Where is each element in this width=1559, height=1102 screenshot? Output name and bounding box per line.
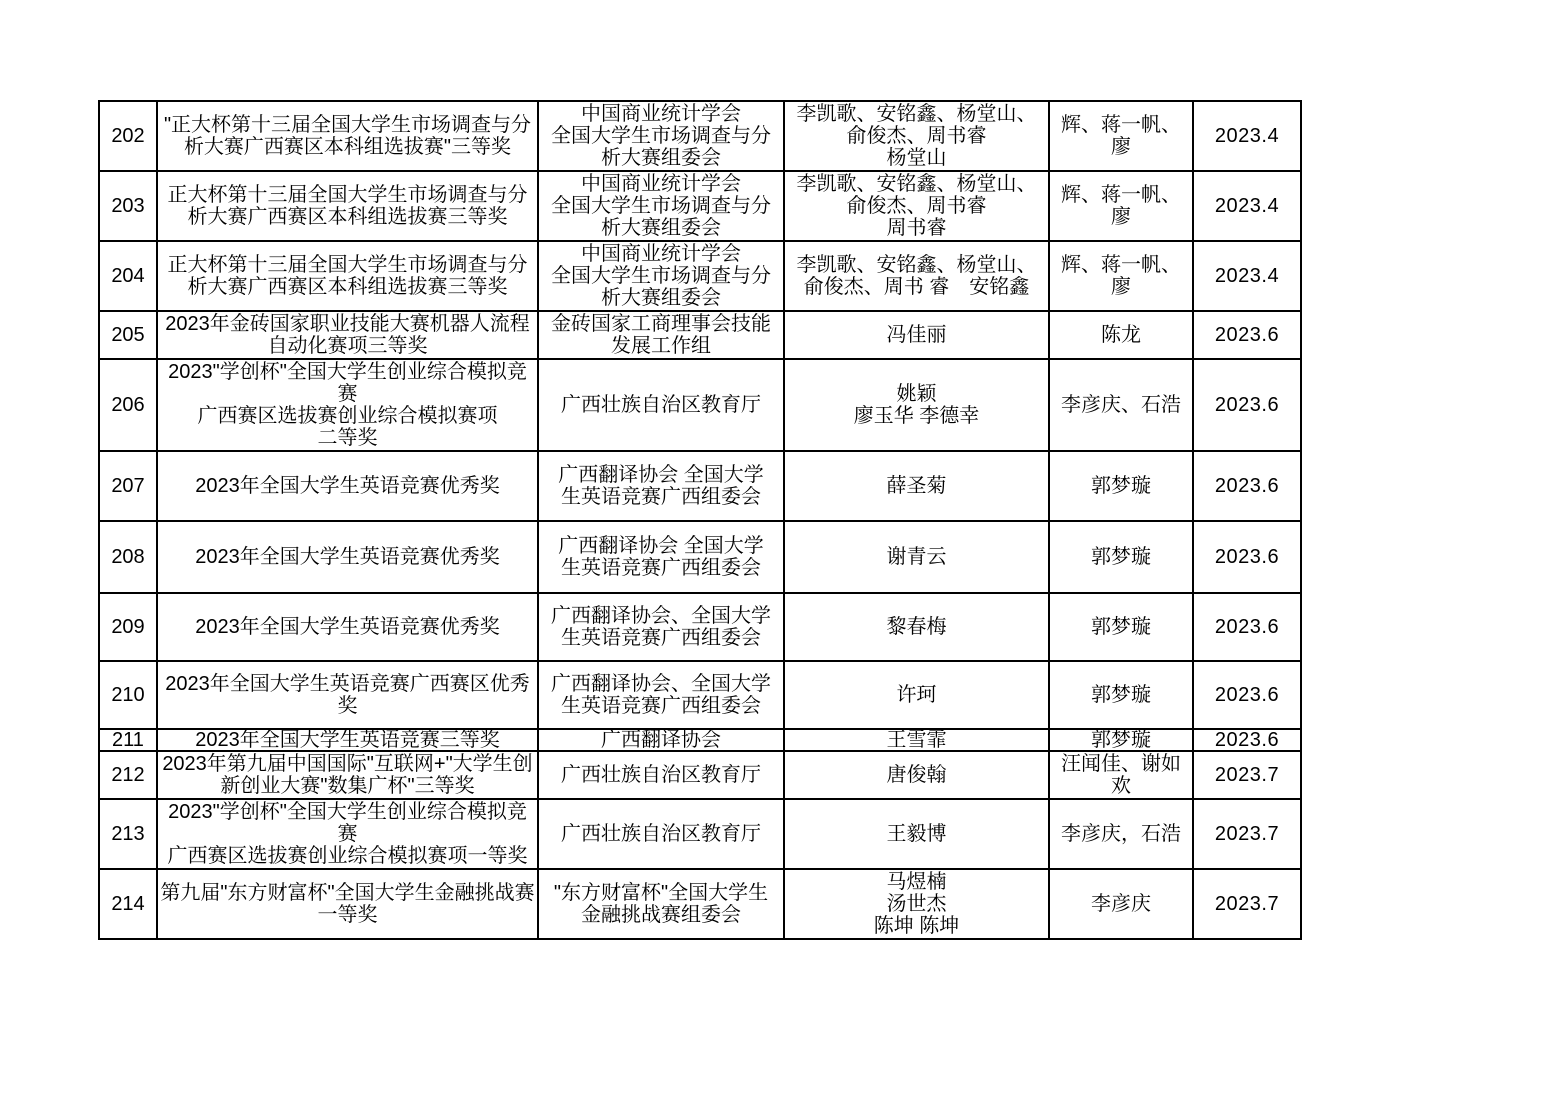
- cell-organizer: 广西翻译协会、全国大学 生英语竞赛广西组委会: [538, 593, 784, 661]
- cell-teachers: 辉、蒋一帆、廖: [1049, 241, 1193, 311]
- cell-row-number: 203: [99, 171, 157, 241]
- cell-date: 2023.6: [1193, 521, 1301, 593]
- cell-students: 许珂: [784, 661, 1049, 729]
- cell-award-name: 2023年全国大学生英语竞赛三等奖: [157, 729, 538, 751]
- table-row: 203 正大杯第十三届全国大学生市场调查与分 析大赛广西赛区本科组选拔赛三等奖 …: [99, 171, 1301, 241]
- table-row: 204 正大杯第十三届全国大学生市场调查与分 析大赛广西赛区本科组选拔赛三等奖 …: [99, 241, 1301, 311]
- cell-teachers: 汪闻佳、谢如欢: [1049, 751, 1193, 799]
- cell-award-name: 2023"学创杯"全国大学生创业综合模拟竞赛 广西赛区选拔赛创业综合模拟赛项一等…: [157, 799, 538, 869]
- cell-organizer: 广西翻译协会: [538, 729, 784, 751]
- cell-row-number: 205: [99, 311, 157, 359]
- cell-organizer: 广西壮族自治区教育厅: [538, 751, 784, 799]
- cell-students: 马煜楠 汤世杰 陈坤 陈坤: [784, 869, 1049, 939]
- cell-students: 唐俊翰: [784, 751, 1049, 799]
- cell-row-number: 206: [99, 359, 157, 451]
- cell-date: 2023.7: [1193, 751, 1301, 799]
- cell-row-number: 207: [99, 451, 157, 521]
- cell-organizer: 广西壮族自治区教育厅: [538, 359, 784, 451]
- cell-teachers: 陈龙: [1049, 311, 1193, 359]
- cell-organizer: 金砖国家工商理事会技能 发展工作组: [538, 311, 784, 359]
- cell-organizer: 广西翻译协会 全国大学 生英语竞赛广西组委会: [538, 451, 784, 521]
- cell-date: 2023.6: [1193, 661, 1301, 729]
- cell-students: 冯佳丽: [784, 311, 1049, 359]
- cell-row-number: 211: [99, 729, 157, 751]
- cell-award-name: 第九届"东方财富杯"全国大学生金融挑战赛 一等奖: [157, 869, 538, 939]
- cell-organizer: 广西翻译协会、全国大学 生英语竞赛广西组委会: [538, 661, 784, 729]
- cell-teachers: 郭梦璇: [1049, 661, 1193, 729]
- cell-award-name: 正大杯第十三届全国大学生市场调查与分 析大赛广西赛区本科组选拔赛三等奖: [157, 171, 538, 241]
- cell-date: 2023.4: [1193, 101, 1301, 171]
- awards-table: 202 "正大杯第十三届全国大学生市场调查与分 析大赛广西赛区本科组选拔赛"三等…: [98, 100, 1302, 940]
- cell-teachers: 郭梦璇: [1049, 521, 1193, 593]
- cell-teachers: 辉、蒋一帆、廖: [1049, 101, 1193, 171]
- cell-teachers: 郭梦璇: [1049, 451, 1193, 521]
- cell-students: 李凯歌、安铭鑫、杨堂山、 俞俊杰、周书睿 杨堂山: [784, 101, 1049, 171]
- cell-award-name: "正大杯第十三届全国大学生市场调查与分 析大赛广西赛区本科组选拔赛"三等奖: [157, 101, 538, 171]
- cell-students: 王雪霏: [784, 729, 1049, 751]
- cell-date: 2023.6: [1193, 729, 1301, 751]
- cell-award-name: 2023年全国大学生英语竞赛优秀奖: [157, 593, 538, 661]
- cell-date: 2023.6: [1193, 451, 1301, 521]
- table-row: 213 2023"学创杯"全国大学生创业综合模拟竞赛 广西赛区选拔赛创业综合模拟…: [99, 799, 1301, 869]
- cell-organizer: 广西壮族自治区教育厅: [538, 799, 784, 869]
- cell-row-number: 209: [99, 593, 157, 661]
- table-row: 205 2023年金砖国家职业技能大赛机器人流程 自动化赛项三等奖 金砖国家工商…: [99, 311, 1301, 359]
- cell-award-name: 2023年第九届中国国际"互联网+"大学生创 新创业大赛"数集广杯"三等奖: [157, 751, 538, 799]
- cell-date: 2023.4: [1193, 241, 1301, 311]
- cell-date: 2023.4: [1193, 171, 1301, 241]
- cell-students: 薛圣菊: [784, 451, 1049, 521]
- table-row: 209 2023年全国大学生英语竞赛优秀奖 广西翻译协会、全国大学 生英语竞赛广…: [99, 593, 1301, 661]
- cell-students: 姚颖 廖玉华 李德幸: [784, 359, 1049, 451]
- cell-date: 2023.7: [1193, 869, 1301, 939]
- cell-award-name: 2023年全国大学生英语竞赛优秀奖: [157, 521, 538, 593]
- cell-students: 谢青云: [784, 521, 1049, 593]
- cell-organizer: "东方财富杯"全国大学生 金融挑战赛组委会: [538, 869, 784, 939]
- table-row: 210 2023年全国大学生英语竞赛广西赛区优秀 奖 广西翻译协会、全国大学 生…: [99, 661, 1301, 729]
- cell-row-number: 202: [99, 101, 157, 171]
- cell-students: 王毅博: [784, 799, 1049, 869]
- cell-row-number: 212: [99, 751, 157, 799]
- table-row: 211 2023年全国大学生英语竞赛三等奖 广西翻译协会 王雪霏 郭梦璇 202…: [99, 729, 1301, 751]
- cell-row-number: 213: [99, 799, 157, 869]
- cell-award-name: 2023年全国大学生英语竞赛广西赛区优秀 奖: [157, 661, 538, 729]
- cell-award-name: 2023年金砖国家职业技能大赛机器人流程 自动化赛项三等奖: [157, 311, 538, 359]
- cell-award-name: 2023年全国大学生英语竞赛优秀奖: [157, 451, 538, 521]
- cell-award-name: 正大杯第十三届全国大学生市场调查与分 析大赛广西赛区本科组选拔赛三等奖: [157, 241, 538, 311]
- cell-date: 2023.6: [1193, 359, 1301, 451]
- cell-organizer: 广西翻译协会 全国大学 生英语竞赛广西组委会: [538, 521, 784, 593]
- cell-row-number: 204: [99, 241, 157, 311]
- table-row: 212 2023年第九届中国国际"互联网+"大学生创 新创业大赛"数集广杯"三等…: [99, 751, 1301, 799]
- cell-row-number: 208: [99, 521, 157, 593]
- cell-teachers: 李彦庆、石浩: [1049, 359, 1193, 451]
- cell-organizer: 中国商业统计学会 全国大学生市场调查与分 析大赛组委会: [538, 241, 784, 311]
- cell-teachers: 郭梦璇: [1049, 729, 1193, 751]
- cell-students: 黎春梅: [784, 593, 1049, 661]
- cell-students: 李凯歌、安铭鑫、杨堂山、 俞俊杰、周书 睿 安铭鑫: [784, 241, 1049, 311]
- cell-date: 2023.6: [1193, 311, 1301, 359]
- document-page: 202 "正大杯第十三届全国大学生市场调查与分 析大赛广西赛区本科组选拔赛"三等…: [0, 0, 1559, 1102]
- cell-teachers: 李彦庆: [1049, 869, 1193, 939]
- cell-date: 2023.6: [1193, 593, 1301, 661]
- cell-date: 2023.7: [1193, 799, 1301, 869]
- cell-teachers: 郭梦璇: [1049, 593, 1193, 661]
- cell-row-number: 210: [99, 661, 157, 729]
- cell-row-number: 214: [99, 869, 157, 939]
- table-row: 207 2023年全国大学生英语竞赛优秀奖 广西翻译协会 全国大学 生英语竞赛广…: [99, 451, 1301, 521]
- cell-teachers: 李彦庆，石浩: [1049, 799, 1193, 869]
- cell-award-name: 2023"学创杯"全国大学生创业综合模拟竞赛 广西赛区选拔赛创业综合模拟赛项 二…: [157, 359, 538, 451]
- table-row: 214 第九届"东方财富杯"全国大学生金融挑战赛 一等奖 "东方财富杯"全国大学…: [99, 869, 1301, 939]
- cell-students: 李凯歌、安铭鑫、杨堂山、 俞俊杰、周书睿 周书睿: [784, 171, 1049, 241]
- table-row: 206 2023"学创杯"全国大学生创业综合模拟竞赛 广西赛区选拔赛创业综合模拟…: [99, 359, 1301, 451]
- cell-organizer: 中国商业统计学会 全国大学生市场调查与分 析大赛组委会: [538, 101, 784, 171]
- table-row: 208 2023年全国大学生英语竞赛优秀奖 广西翻译协会 全国大学 生英语竞赛广…: [99, 521, 1301, 593]
- cell-organizer: 中国商业统计学会 全国大学生市场调查与分 析大赛组委会: [538, 171, 784, 241]
- cell-teachers: 辉、蒋一帆、廖: [1049, 171, 1193, 241]
- table-row: 202 "正大杯第十三届全国大学生市场调查与分 析大赛广西赛区本科组选拔赛"三等…: [99, 101, 1301, 171]
